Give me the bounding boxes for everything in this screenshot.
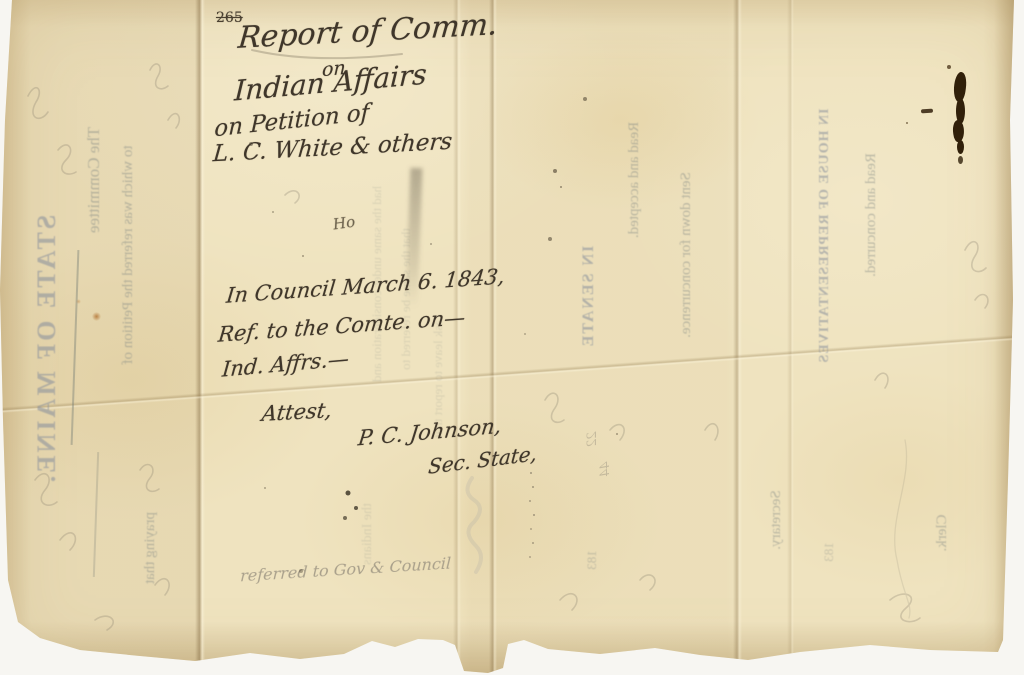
bleedthrough-handwriting-squiggles [0, 0, 1024, 675]
document-paper: STATE OF MAINE. The Committee to which w… [0, 0, 1024, 675]
scan-background: STATE OF MAINE. The Committee to which w… [0, 0, 1024, 675]
fly-specks [0, 0, 2, 2]
